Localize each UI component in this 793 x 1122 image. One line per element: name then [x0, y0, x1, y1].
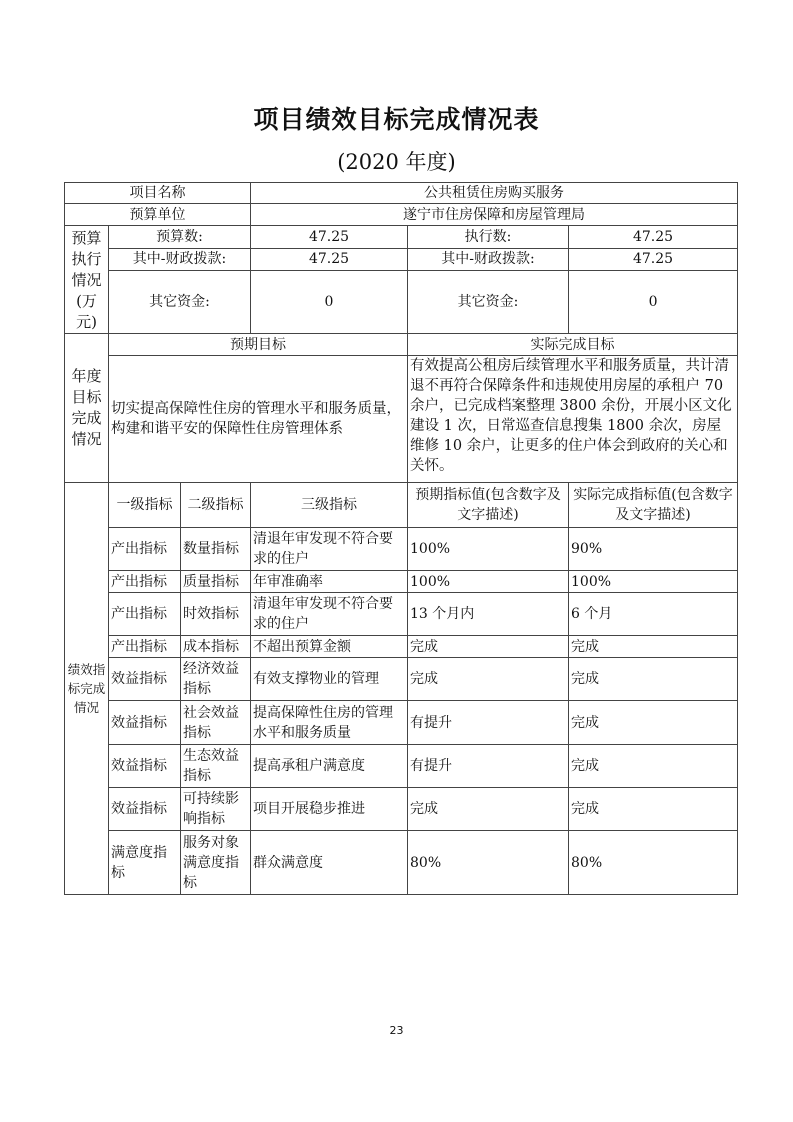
budget-unit-value: 遂宁市住房保障和房屋管理局	[251, 204, 738, 226]
expected-value-cell: 完成	[408, 636, 569, 658]
level3-cell: 提高承租户满意度	[251, 745, 408, 788]
header-actual-value: 实际完成指标值(包含数字及文字描述)	[569, 483, 738, 528]
level1-cell: 产出指标	[109, 571, 181, 593]
level3-cell: 清退年审发现不符合要求的住户	[251, 593, 408, 636]
executed-value: 47.25	[569, 226, 738, 249]
level3-cell: 群众满意度	[251, 831, 408, 895]
level2-cell: 可持续影响指标	[181, 788, 251, 831]
level2-cell: 质量指标	[181, 571, 251, 593]
fiscal-value-2: 47.25	[569, 248, 738, 271]
budget-row: 预算执行情况(万元) 预算数: 47.25 执行数: 47.25	[65, 226, 738, 249]
budget-value: 47.25	[251, 226, 408, 249]
table-row: 效益指标 经济效益指标 有效支撑物业的管理 完成 完成	[65, 658, 738, 701]
actual-goal-header: 实际完成目标	[408, 334, 738, 356]
table-row: 产出指标 时效指标 清退年审发现不符合要求的住户 13 个月内 6 个月	[65, 593, 738, 636]
header-level2: 二级指标	[181, 483, 251, 528]
fiscal-row: 其中-财政拨款: 47.25 其中-财政拨款: 47.25	[65, 248, 738, 271]
actual-value-cell: 6 个月	[569, 593, 738, 636]
table-row: 效益指标 社会效益指标 提高保障性住房的管理水平和服务质量 有提升 完成	[65, 701, 738, 745]
budget-execution-section-label: 预算执行情况(万元)	[65, 226, 109, 334]
expected-value-cell: 完成	[408, 788, 569, 831]
indicator-header-row: 绩效指标完成情况 一级指标 二级指标 三级指标 预期指标值(包含数字及文字描述)…	[65, 483, 738, 528]
level1-cell: 满意度指标	[109, 831, 181, 895]
actual-value-cell: 90%	[569, 528, 738, 571]
level1-cell: 产出指标	[109, 593, 181, 636]
document-title: 项目绩效目标完成情况表	[0, 100, 793, 136]
level1-cell: 产出指标	[109, 636, 181, 658]
header-level3: 三级指标	[251, 483, 408, 528]
other-label-2: 其它资金:	[408, 271, 569, 334]
other-funds-row: 其它资金: 0 其它资金: 0	[65, 271, 738, 334]
budget-unit-row: 预算单位 遂宁市住房保障和房屋管理局	[65, 204, 738, 226]
actual-value-cell: 完成	[569, 701, 738, 745]
annual-goals-section-label: 年度目标完成情况	[65, 334, 109, 483]
level3-cell: 有效支撑物业的管理	[251, 658, 408, 701]
actual-value-cell: 完成	[569, 636, 738, 658]
header-expected-value: 预期指标值(包含数字及文字描述)	[408, 483, 569, 528]
fiscal-label-1: 其中-财政拨款:	[109, 248, 251, 271]
level2-cell: 成本指标	[181, 636, 251, 658]
expected-value-cell: 有提升	[408, 701, 569, 745]
project-name-row: 项目名称 公共租赁住房购买服务	[65, 183, 738, 204]
level2-cell: 经济效益指标	[181, 658, 251, 701]
expected-value-cell: 80%	[408, 831, 569, 895]
document-subtitle: (2020 年度)	[0, 146, 793, 176]
annual-goals-header-row: 年度目标完成情况 预期目标 实际完成目标	[65, 334, 738, 356]
table-row: 效益指标 生态效益指标 提高承租户满意度 有提升 完成	[65, 745, 738, 788]
actual-value-cell: 完成	[569, 745, 738, 788]
page-number: 23	[0, 1024, 793, 1037]
fiscal-value-1: 47.25	[251, 248, 408, 271]
expected-value-cell: 13 个月内	[408, 593, 569, 636]
level1-cell: 产出指标	[109, 528, 181, 571]
expected-value-cell: 有提升	[408, 745, 569, 788]
table-row: 产出指标 质量指标 年审准确率 100% 100%	[65, 571, 738, 593]
actual-value-cell: 100%	[569, 571, 738, 593]
actual-goal-text: 有效提高公租房后续管理水平和服务质量，共计清退不再符合保障条件和违规使用房屋的承…	[408, 356, 738, 483]
fiscal-label-2: 其中-财政拨款:	[408, 248, 569, 271]
expected-goal-header: 预期目标	[109, 334, 408, 356]
project-name-value: 公共租赁住房购买服务	[251, 183, 738, 204]
expected-value-cell: 完成	[408, 658, 569, 701]
expected-goal-text: 切实提高保障性住房的管理水平和服务质量，构建和谐平安的保障性住房管理体系	[109, 356, 408, 483]
project-name-label: 项目名称	[65, 183, 251, 204]
level3-cell: 不超出预算金额	[251, 636, 408, 658]
level2-cell: 时效指标	[181, 593, 251, 636]
actual-value-cell: 完成	[569, 788, 738, 831]
annual-goals-content-row: 切实提高保障性住房的管理水平和服务质量，构建和谐平安的保障性住房管理体系 有效提…	[65, 356, 738, 483]
actual-value-cell: 80%	[569, 831, 738, 895]
level1-cell: 效益指标	[109, 788, 181, 831]
table-row: 满意度指标 服务对象满意度指标 群众满意度 80% 80%	[65, 831, 738, 895]
level3-cell: 提高保障性住房的管理水平和服务质量	[251, 701, 408, 745]
executed-label: 执行数:	[408, 226, 569, 249]
level2-cell: 服务对象满意度指标	[181, 831, 251, 895]
level1-cell: 效益指标	[109, 701, 181, 745]
expected-value-cell: 100%	[408, 528, 569, 571]
table-row: 效益指标 可持续影响指标 项目开展稳步推进 完成 完成	[65, 788, 738, 831]
table-row: 产出指标 成本指标 不超出预算金额 完成 完成	[65, 636, 738, 658]
performance-table: 项目名称 公共租赁住房购买服务 预算单位 遂宁市住房保障和房屋管理局 预算执行情…	[64, 182, 738, 895]
budget-unit-label: 预算单位	[65, 204, 251, 226]
other-value-2: 0	[569, 271, 738, 334]
level2-cell: 生态效益指标	[181, 745, 251, 788]
performance-section-label: 绩效指标完成情况	[65, 483, 109, 895]
actual-value-cell: 完成	[569, 658, 738, 701]
table-row: 产出指标 数量指标 清退年审发现不符合要求的住户 100% 90%	[65, 528, 738, 571]
level2-cell: 社会效益指标	[181, 701, 251, 745]
other-label-1: 其它资金:	[109, 271, 251, 334]
level3-cell: 清退年审发现不符合要求的住户	[251, 528, 408, 571]
level1-cell: 效益指标	[109, 658, 181, 701]
level3-cell: 年审准确率	[251, 571, 408, 593]
expected-value-cell: 100%	[408, 571, 569, 593]
level3-cell: 项目开展稳步推进	[251, 788, 408, 831]
level2-cell: 数量指标	[181, 528, 251, 571]
other-value-1: 0	[251, 271, 408, 334]
level1-cell: 效益指标	[109, 745, 181, 788]
budget-label: 预算数:	[109, 226, 251, 249]
header-level1: 一级指标	[109, 483, 181, 528]
